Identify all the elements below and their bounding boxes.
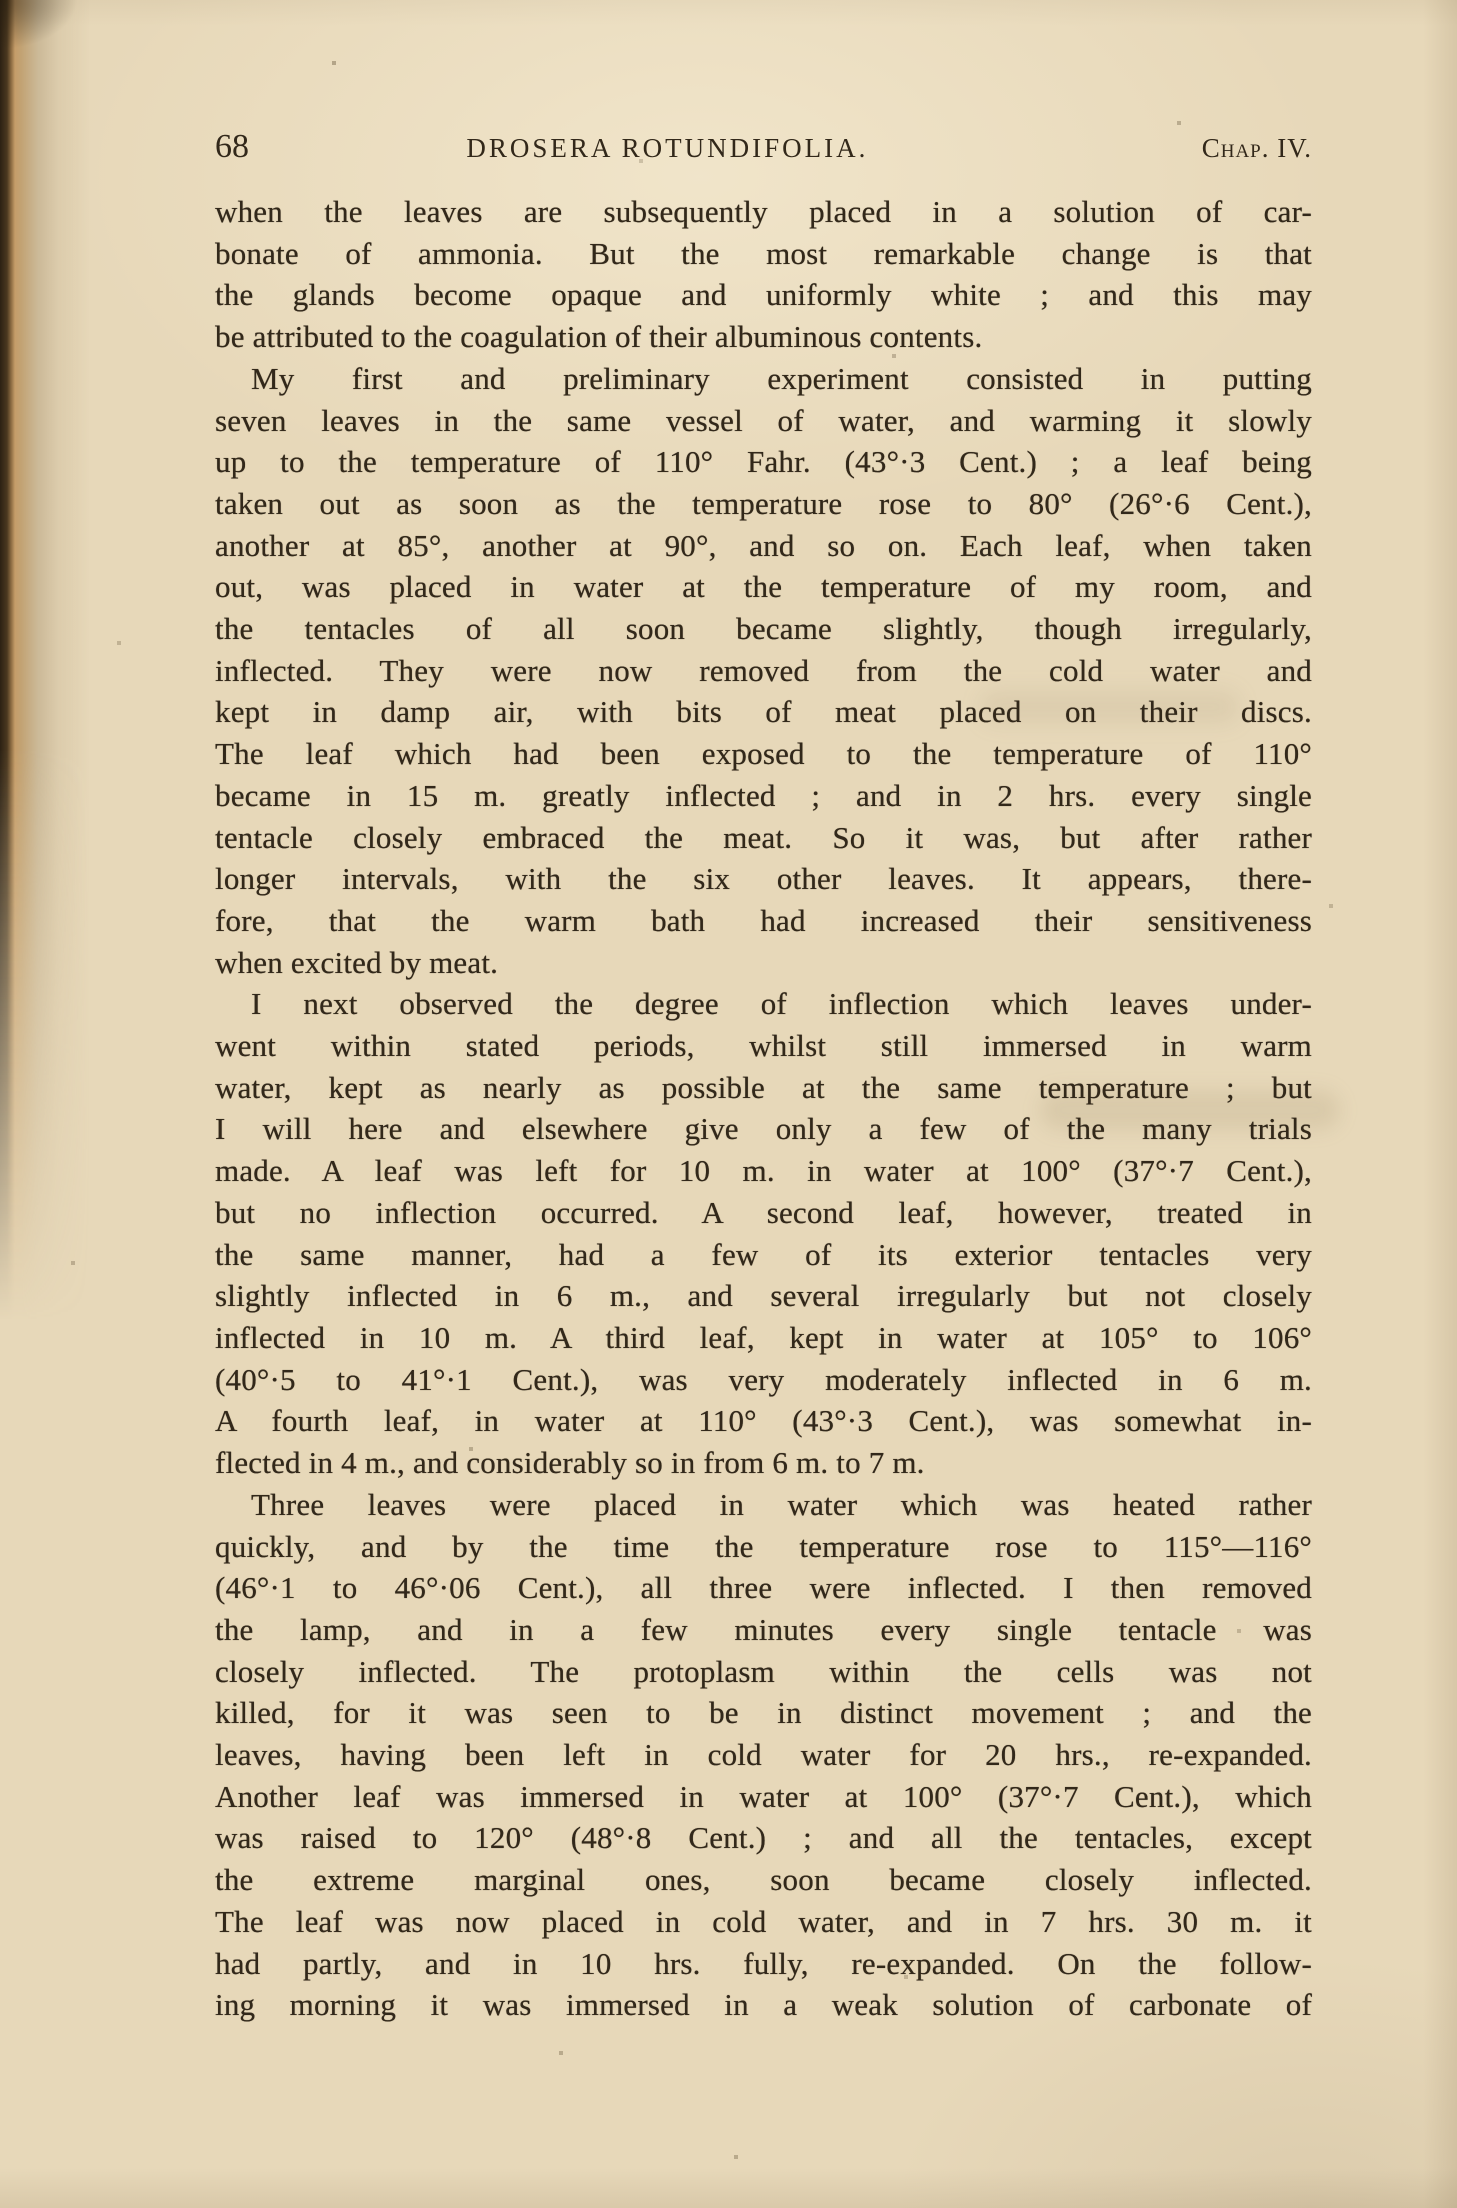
text-line: when excited by meat. bbox=[215, 942, 1312, 984]
text-line: flected in 4 m., and considerably so in … bbox=[215, 1442, 1312, 1484]
text-line: went within stated periods, whilst still… bbox=[215, 1025, 1312, 1067]
text-line: tentacle closely embraced the meat. So i… bbox=[215, 817, 1312, 859]
text-line: inflected in 10 m. A third leaf, kept in… bbox=[215, 1317, 1312, 1359]
text-line: killed, for it was seen to be in distinc… bbox=[215, 1692, 1312, 1734]
page-corner-shadow bbox=[0, 0, 120, 90]
text-line: the lamp, and in a few minutes every sin… bbox=[215, 1609, 1312, 1651]
text-line: bonate of ammonia. But the most remarkab… bbox=[215, 233, 1312, 275]
paragraph: when the leaves are subsequently placed … bbox=[215, 191, 1312, 358]
text-line: up to the temperature of 110° Fahr. (43°… bbox=[215, 441, 1312, 483]
text-line: kept in damp air, with bits of meat plac… bbox=[215, 691, 1312, 733]
text-line: became in 15 m. greatly inflected ; and … bbox=[215, 775, 1312, 817]
text-line: out, was placed in water at the temperat… bbox=[215, 566, 1312, 608]
paragraph: I next observed the degree of inflection… bbox=[215, 983, 1312, 1483]
text-line: but no inflection occurred. A second lea… bbox=[215, 1192, 1312, 1234]
text-line: be attributed to the coagulation of thei… bbox=[215, 316, 1312, 358]
chapter-label: Chap. IV. bbox=[1202, 133, 1312, 164]
text-line: My first and preliminary experiment cons… bbox=[215, 358, 1312, 400]
text-line: fore, that the warm bath had increased t… bbox=[215, 900, 1312, 942]
page-number: 68 bbox=[215, 128, 249, 166]
book-page: 68 DROSERA ROTUNDIFOLIA. Chap. IV. when … bbox=[0, 0, 1457, 2208]
text-line: A fourth leaf, in water at 110° (43°·3 C… bbox=[215, 1400, 1312, 1442]
text-line: longer intervals, with the six other lea… bbox=[215, 858, 1312, 900]
text-line: (46°·1 to 46°·06 Cent.), all three were … bbox=[215, 1567, 1312, 1609]
text-line: the extreme marginal ones, soon became c… bbox=[215, 1859, 1312, 1901]
text-line: The leaf which had been exposed to the t… bbox=[215, 733, 1312, 775]
text-line: inflected. They were now removed from th… bbox=[215, 650, 1312, 692]
text-line: Another leaf was immersed in water at 10… bbox=[215, 1776, 1312, 1818]
paper-specks bbox=[0, 0, 2, 2]
page-text: when the leaves are subsequently placed … bbox=[215, 191, 1312, 2026]
text-line: slightly inflected in 6 m., and several … bbox=[215, 1275, 1312, 1317]
text-line: the same manner, had a few of its exteri… bbox=[215, 1234, 1312, 1276]
text-line: closely inflected. The protoplasm within… bbox=[215, 1651, 1312, 1693]
text-line: taken out as soon as the temperature ros… bbox=[215, 483, 1312, 525]
text-line: was raised to 120° (48°·8 Cent.) ; and a… bbox=[215, 1817, 1312, 1859]
paragraph: Three leaves were placed in water which … bbox=[215, 1484, 1312, 2026]
text-line: (40°·5 to 41°·1 Cent.), was very moderat… bbox=[215, 1359, 1312, 1401]
text-line: made. A leaf was left for 10 m. in water… bbox=[215, 1150, 1312, 1192]
page-header: 68 DROSERA ROTUNDIFOLIA. Chap. IV. bbox=[215, 128, 1312, 166]
text-line: ing morning it was immersed in a weak so… bbox=[215, 1984, 1312, 2026]
book-spine-shadow bbox=[0, 0, 90, 1500]
text-line: quickly, and by the time the temperature… bbox=[215, 1526, 1312, 1568]
text-line: water, kept as nearly as possible at the… bbox=[215, 1067, 1312, 1109]
text-line: seven leaves in the same vessel of water… bbox=[215, 400, 1312, 442]
text-line: the tentacles of all soon became slightl… bbox=[215, 608, 1312, 650]
paragraph: My first and preliminary experiment cons… bbox=[215, 358, 1312, 984]
text-line: when the leaves are subsequently placed … bbox=[215, 191, 1312, 233]
text-line: The leaf was now placed in cold water, a… bbox=[215, 1901, 1312, 1943]
text-line: I next observed the degree of inflection… bbox=[215, 983, 1312, 1025]
text-line: Three leaves were placed in water which … bbox=[215, 1484, 1312, 1526]
text-line: another at 85°, another at 90°, and so o… bbox=[215, 525, 1312, 567]
text-line: had partly, and in 10 hrs. fully, re-exp… bbox=[215, 1943, 1312, 1985]
running-title: DROSERA ROTUNDIFOLIA. bbox=[466, 133, 868, 164]
text-line: the glands become opaque and uniformly w… bbox=[215, 274, 1312, 316]
text-line: I will here and elsewhere give only a fe… bbox=[215, 1108, 1312, 1150]
text-line: leaves, having been left in cold water f… bbox=[215, 1734, 1312, 1776]
